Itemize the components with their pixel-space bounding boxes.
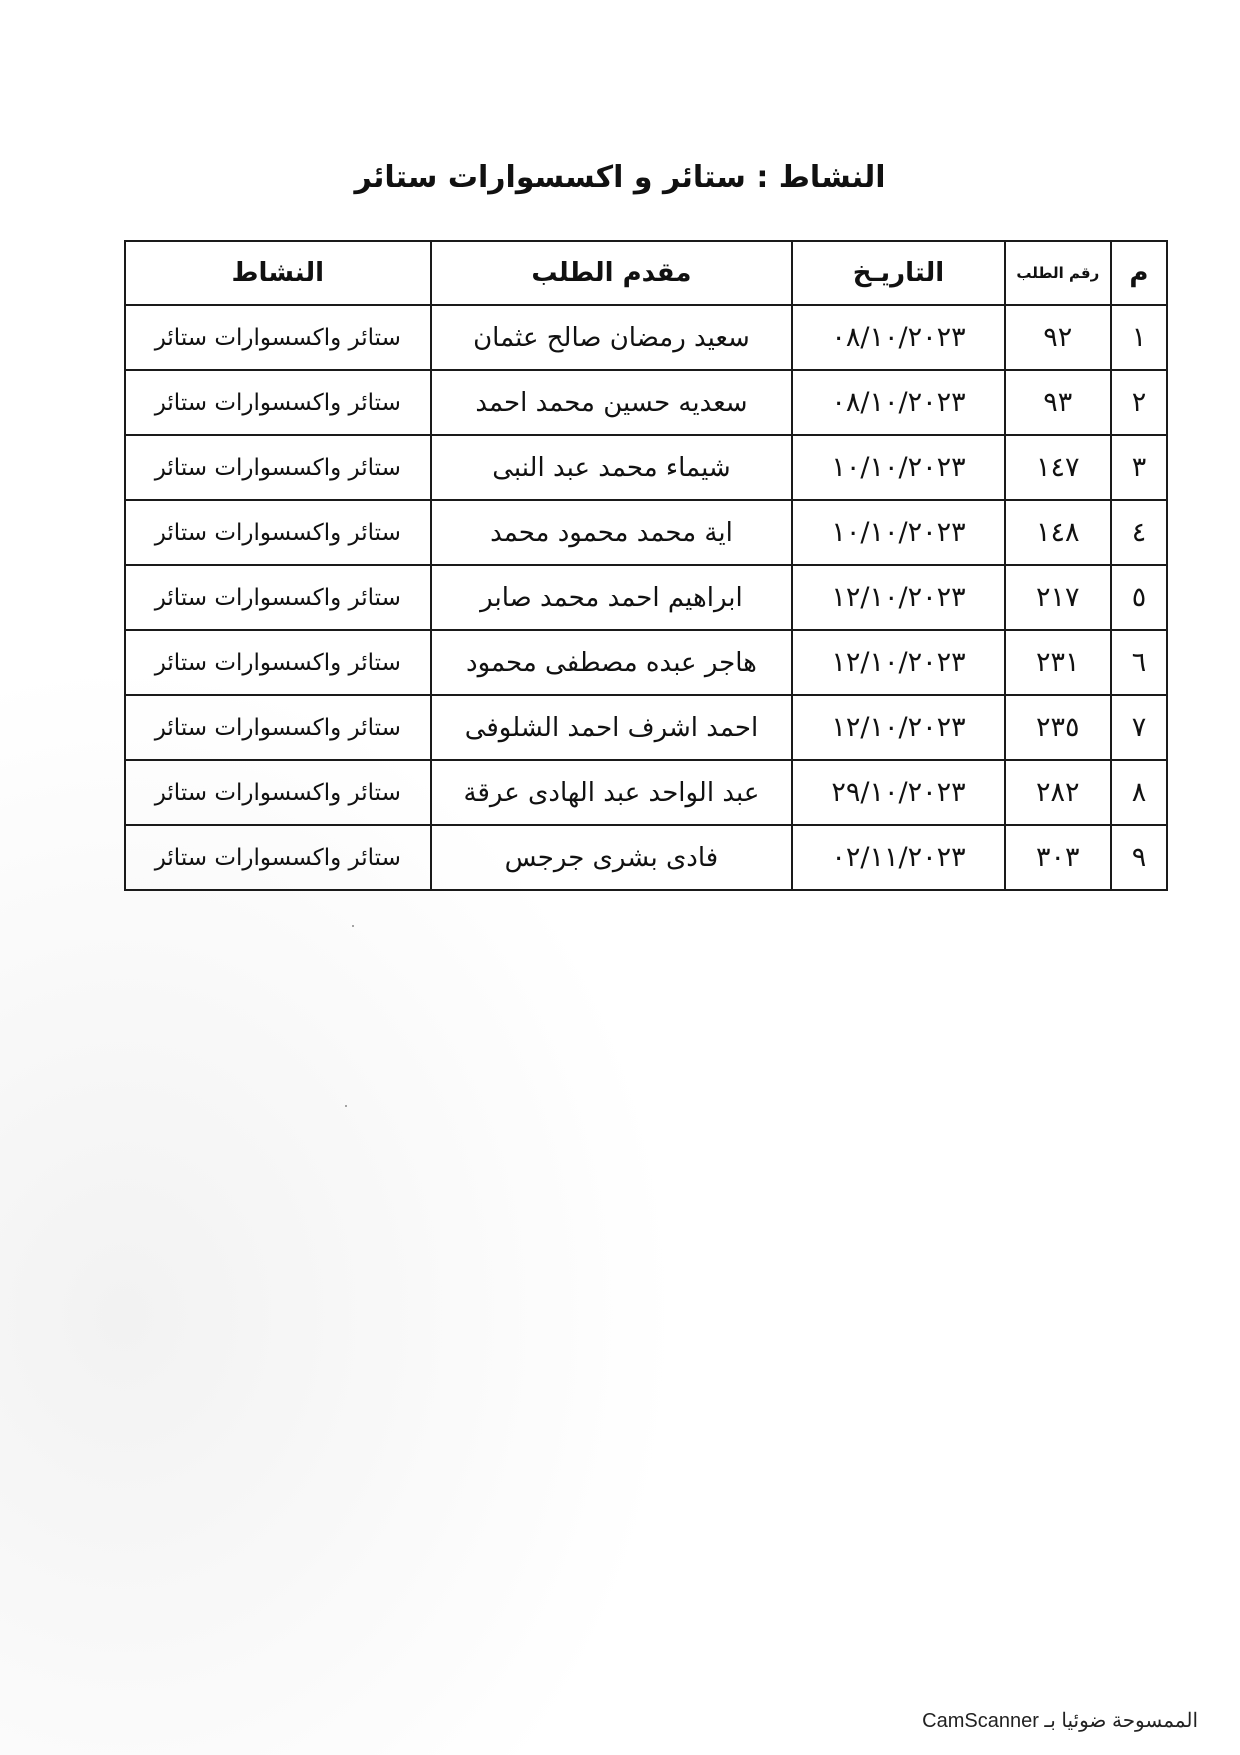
requests-table: م رقم الطلب التاريـخ مقدم الطلب النشاط ١…	[124, 240, 1168, 891]
cell-date: ١٢/١٠/٢٠٢٣	[792, 695, 1004, 760]
header-index: م	[1111, 241, 1167, 305]
cell-index: ٦	[1111, 630, 1167, 695]
cell-date: ١٢/١٠/٢٠٢٣	[792, 630, 1004, 695]
table-row: ٢ ٩٣ ٠٨/١٠/٢٠٢٣ سعديه حسين محمد احمد ستا…	[125, 370, 1167, 435]
cell-applicant: اية محمد محمود محمد	[431, 500, 793, 565]
cell-request-number: ٣٠٣	[1005, 825, 1111, 890]
table-row: ٥ ٢١٧ ١٢/١٠/٢٠٢٣ ابراهيم احمد محمد صابر …	[125, 565, 1167, 630]
cell-applicant: سعديه حسين محمد احمد	[431, 370, 793, 435]
cell-applicant: سعيد رمضان صالح عثمان	[431, 305, 793, 370]
cell-request-number: ٩٢	[1005, 305, 1111, 370]
cell-request-number: ٢٣٥	[1005, 695, 1111, 760]
cell-applicant: احمد اشرف احمد الشلوفى	[431, 695, 793, 760]
cell-request-number: ٢٨٢	[1005, 760, 1111, 825]
cell-request-number: ٩٣	[1005, 370, 1111, 435]
header-activity: النشاط	[125, 241, 431, 305]
cell-activity: ستائر واكسسوارات ستائر	[125, 370, 431, 435]
cell-request-number: ١٤٨	[1005, 500, 1111, 565]
table-row: ٧ ٢٣٥ ١٢/١٠/٢٠٢٣ احمد اشرف احمد الشلوفى …	[125, 695, 1167, 760]
cell-date: ١٢/١٠/٢٠٢٣	[792, 565, 1004, 630]
cell-request-number: ٢١٧	[1005, 565, 1111, 630]
table-row: ٣ ١٤٧ ١٠/١٠/٢٠٢٣ شيماء محمد عبد النبى ست…	[125, 435, 1167, 500]
cell-applicant: فادى بشرى جرجس	[431, 825, 793, 890]
table-header-row: م رقم الطلب التاريـخ مقدم الطلب النشاط	[125, 241, 1167, 305]
header-applicant: مقدم الطلب	[431, 241, 793, 305]
scan-speck	[345, 1105, 347, 1107]
cell-index: ٧	[1111, 695, 1167, 760]
cell-date: ٠٨/١٠/٢٠٢٣	[792, 305, 1004, 370]
scan-speck	[352, 925, 354, 927]
cell-activity: ستائر واكسسوارات ستائر	[125, 825, 431, 890]
cell-date: ٢٩/١٠/٢٠٢٣	[792, 760, 1004, 825]
cell-request-number: ٢٣١	[1005, 630, 1111, 695]
cell-activity: ستائر واكسسوارات ستائر	[125, 630, 431, 695]
table-row: ٤ ١٤٨ ١٠/١٠/٢٠٢٣ اية محمد محمود محمد ستا…	[125, 500, 1167, 565]
cell-applicant: هاجر عبده مصطفى محمود	[431, 630, 793, 695]
cell-activity: ستائر واكسسوارات ستائر	[125, 695, 431, 760]
header-request-number: رقم الطلب	[1005, 241, 1111, 305]
cell-date: ١٠/١٠/٢٠٢٣	[792, 500, 1004, 565]
cell-date: ٠٨/١٠/٢٠٢٣	[792, 370, 1004, 435]
cell-index: ٨	[1111, 760, 1167, 825]
table-row: ١ ٩٢ ٠٨/١٠/٢٠٢٣ سعيد رمضان صالح عثمان ست…	[125, 305, 1167, 370]
cell-activity: ستائر واكسسوارات ستائر	[125, 760, 431, 825]
cell-index: ١	[1111, 305, 1167, 370]
cell-activity: ستائر واكسسوارات ستائر	[125, 435, 431, 500]
table-row: ٩ ٣٠٣ ٠٢/١١/٢٠٢٣ فادى بشرى جرجس ستائر وا…	[125, 825, 1167, 890]
cell-index: ٩	[1111, 825, 1167, 890]
document-title: النشاط : ستائر و اكسسوارات ستائر	[0, 160, 1240, 195]
table-row: ٦ ٢٣١ ١٢/١٠/٢٠٢٣ هاجر عبده مصطفى محمود س…	[125, 630, 1167, 695]
cell-index: ٥	[1111, 565, 1167, 630]
cell-applicant: عبد الواحد عبد الهادى عرقة	[431, 760, 793, 825]
table-row: ٨ ٢٨٢ ٢٩/١٠/٢٠٢٣ عبد الواحد عبد الهادى ع…	[125, 760, 1167, 825]
cell-applicant: شيماء محمد عبد النبى	[431, 435, 793, 500]
cell-date: ١٠/١٠/٢٠٢٣	[792, 435, 1004, 500]
camscanner-watermark: الممسوحة ضوئيا بـ CamScanner	[922, 1708, 1198, 1733]
cell-applicant: ابراهيم احمد محمد صابر	[431, 565, 793, 630]
header-date: التاريـخ	[792, 241, 1004, 305]
cell-activity: ستائر واكسسوارات ستائر	[125, 565, 431, 630]
cell-index: ٣	[1111, 435, 1167, 500]
cell-index: ٢	[1111, 370, 1167, 435]
cell-activity: ستائر واكسسوارات ستائر	[125, 500, 431, 565]
cell-activity: ستائر واكسسوارات ستائر	[125, 305, 431, 370]
cell-request-number: ١٤٧	[1005, 435, 1111, 500]
cell-index: ٤	[1111, 500, 1167, 565]
cell-date: ٠٢/١١/٢٠٢٣	[792, 825, 1004, 890]
